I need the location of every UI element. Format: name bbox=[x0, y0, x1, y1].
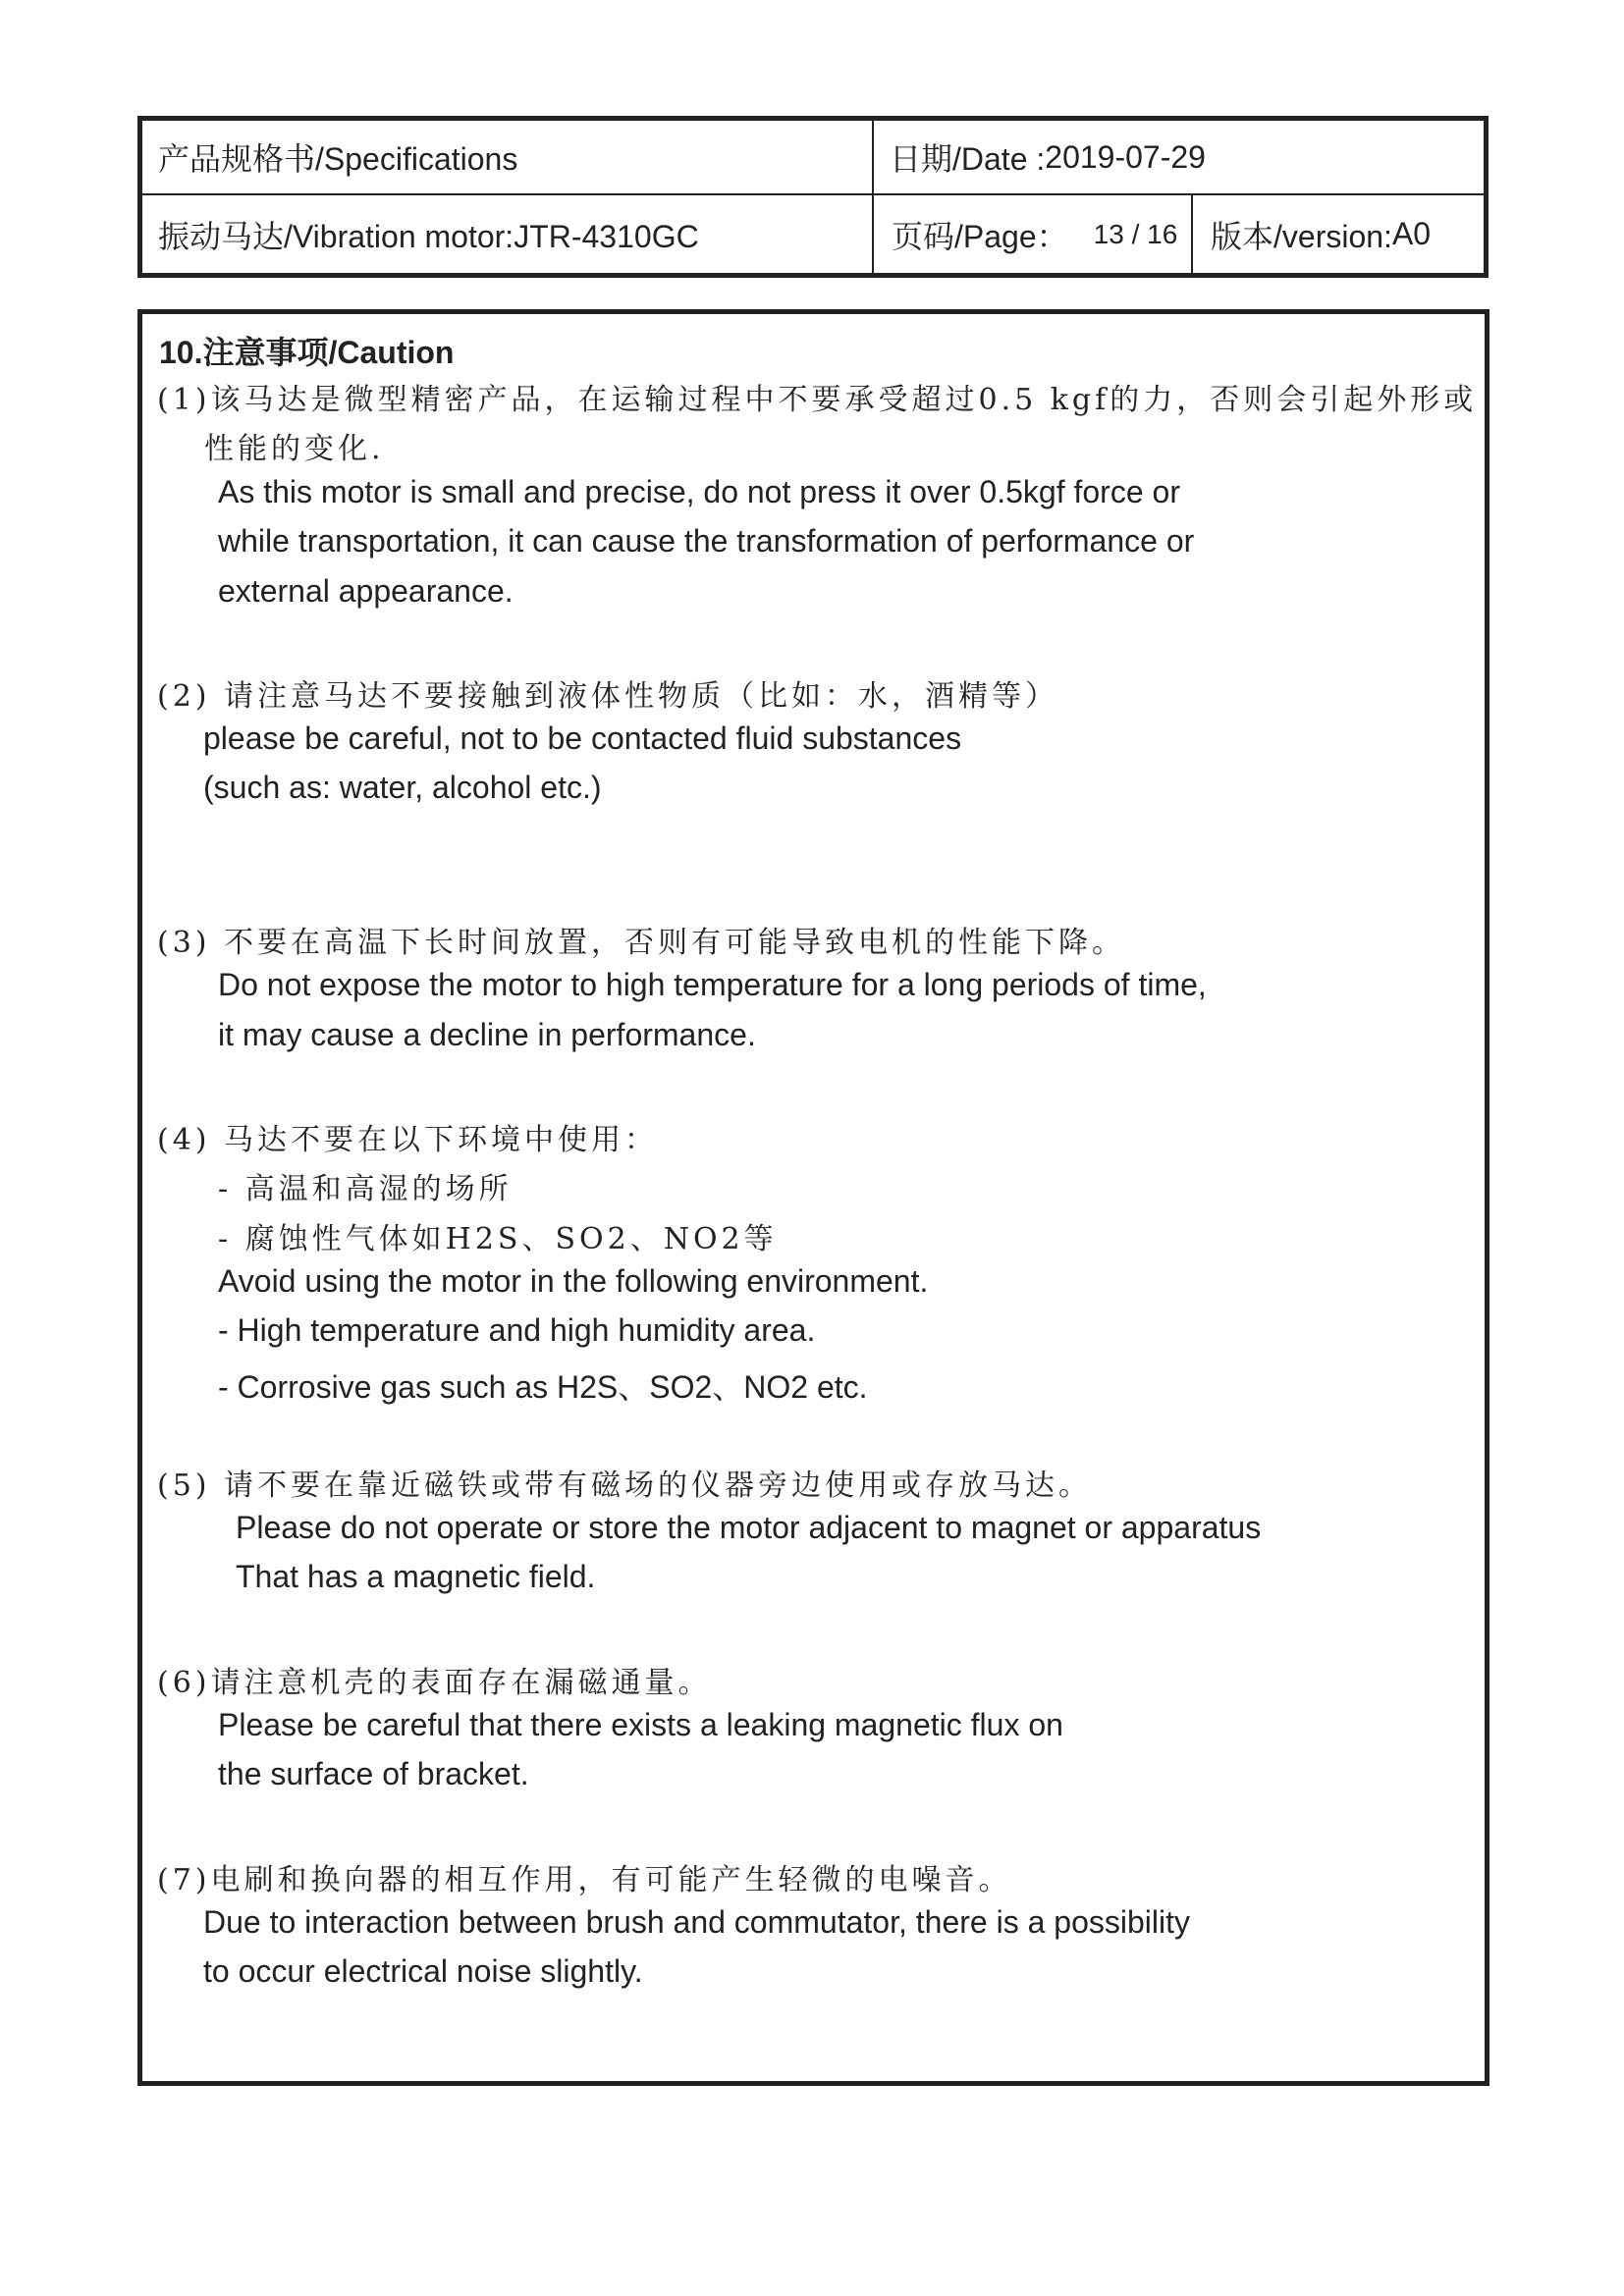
date-label: 日期/Date : bbox=[890, 134, 1045, 180]
item-4-en-line-3: - Corrosive gas such as H2S、SO2、NO2 etc. bbox=[218, 1362, 868, 1408]
item-5-en-line-2: That has a magnetic field. bbox=[236, 1559, 595, 1595]
caution-section: 10.注意事项/Caution (1)该马达是微型精密产品，在运输过程中不要承受… bbox=[137, 309, 1489, 2086]
item-7-en-line-1: Due to interaction between brush and com… bbox=[203, 1904, 1190, 1941]
header-row-1: 产品规格书/Specifications 日期/Date :2019-07-29 bbox=[142, 121, 1484, 195]
item-7-en-line-2: to occur electrical noise slightly. bbox=[203, 1953, 643, 1990]
product-name: 振动马达/Vibration motor:JTR-4310GC bbox=[142, 195, 874, 273]
item-1-en-line-2: while transportation, it can cause the t… bbox=[218, 523, 1194, 560]
page-label: 页码/Page： bbox=[892, 212, 1068, 257]
item-6-en-line-1: Please be careful that there exists a le… bbox=[218, 1707, 1063, 1743]
date-cell: 日期/Date :2019-07-29 bbox=[874, 121, 1484, 193]
item-4-zh-line-3: - 腐蚀性气体如H2S、SO2、NO2等 bbox=[218, 1214, 778, 1257]
item-4-en-line-1: Avoid using the motor in the following e… bbox=[218, 1263, 928, 1300]
spec-header-table: 产品规格书/Specifications 日期/Date :2019-07-29… bbox=[137, 116, 1489, 278]
item-1-zh-line-1: (1)该马达是微型精密产品，在运输过程中不要承受超过0.5 kgf的力，否则会引… bbox=[157, 375, 1477, 418]
page-cell: 页码/Page：13 / 16 bbox=[874, 195, 1193, 273]
item-3-en-line-2: it may cause a decline in performance. bbox=[218, 1017, 756, 1053]
version-value: A0 bbox=[1392, 216, 1431, 252]
item-4-en-line-2: - High temperature and high humidity are… bbox=[218, 1312, 815, 1349]
item-2-en-line-1: please be careful, not to be contacted f… bbox=[203, 721, 961, 757]
item-2-zh-line-1: (2) 请注意马达不要接触到液体性物质（比如：水，酒精等） bbox=[157, 671, 1058, 715]
doc-title: 产品规格书/Specifications bbox=[142, 121, 874, 193]
page-number: 13 / 16 bbox=[1094, 219, 1178, 250]
item-5-zh-line-1: (5) 请不要在靠近磁铁或带有磁场的仪器旁边使用或存放马达。 bbox=[157, 1461, 1092, 1504]
item-1-en-line-3: external appearance. bbox=[218, 573, 514, 610]
item-4-zh-line-1: (4) 马达不要在以下环境中使用： bbox=[157, 1115, 658, 1158]
item-2-en-line-2: (such as: water, alcohol etc.) bbox=[203, 770, 602, 806]
item-6-en-line-2: the surface of bracket. bbox=[218, 1756, 529, 1792]
item-3-en-line-1: Do not expose the motor to high temperat… bbox=[218, 967, 1207, 1003]
item-4-zh-line-2: - 高温和高湿的场所 bbox=[218, 1164, 513, 1207]
item-1-zh-line-2: 性能的变化. bbox=[204, 424, 385, 467]
header-row-2: 振动马达/Vibration motor:JTR-4310GC 页码/Page：… bbox=[142, 195, 1484, 273]
item-3-zh-line-1: (3) 不要在高温下长时间放置，否则有可能导致电机的性能下降。 bbox=[157, 918, 1125, 961]
item-5-en-line-1: Please do not operate or store the motor… bbox=[236, 1510, 1261, 1546]
version-cell: 版本/version:A0 bbox=[1193, 195, 1484, 273]
section-title: 10.注意事项/Caution bbox=[159, 328, 454, 373]
item-1-en-line-1: As this motor is small and precise, do n… bbox=[218, 474, 1180, 510]
item-7-zh-line-1: (7)电刷和换向器的相互作用，有可能产生轻微的电噪音。 bbox=[157, 1855, 1012, 1898]
version-label: 版本/version: bbox=[1211, 212, 1392, 257]
item-6-zh-line-1: (6)请注意机壳的表面存在漏磁通量。 bbox=[157, 1658, 712, 1701]
date-value: 2019-07-29 bbox=[1045, 139, 1206, 176]
